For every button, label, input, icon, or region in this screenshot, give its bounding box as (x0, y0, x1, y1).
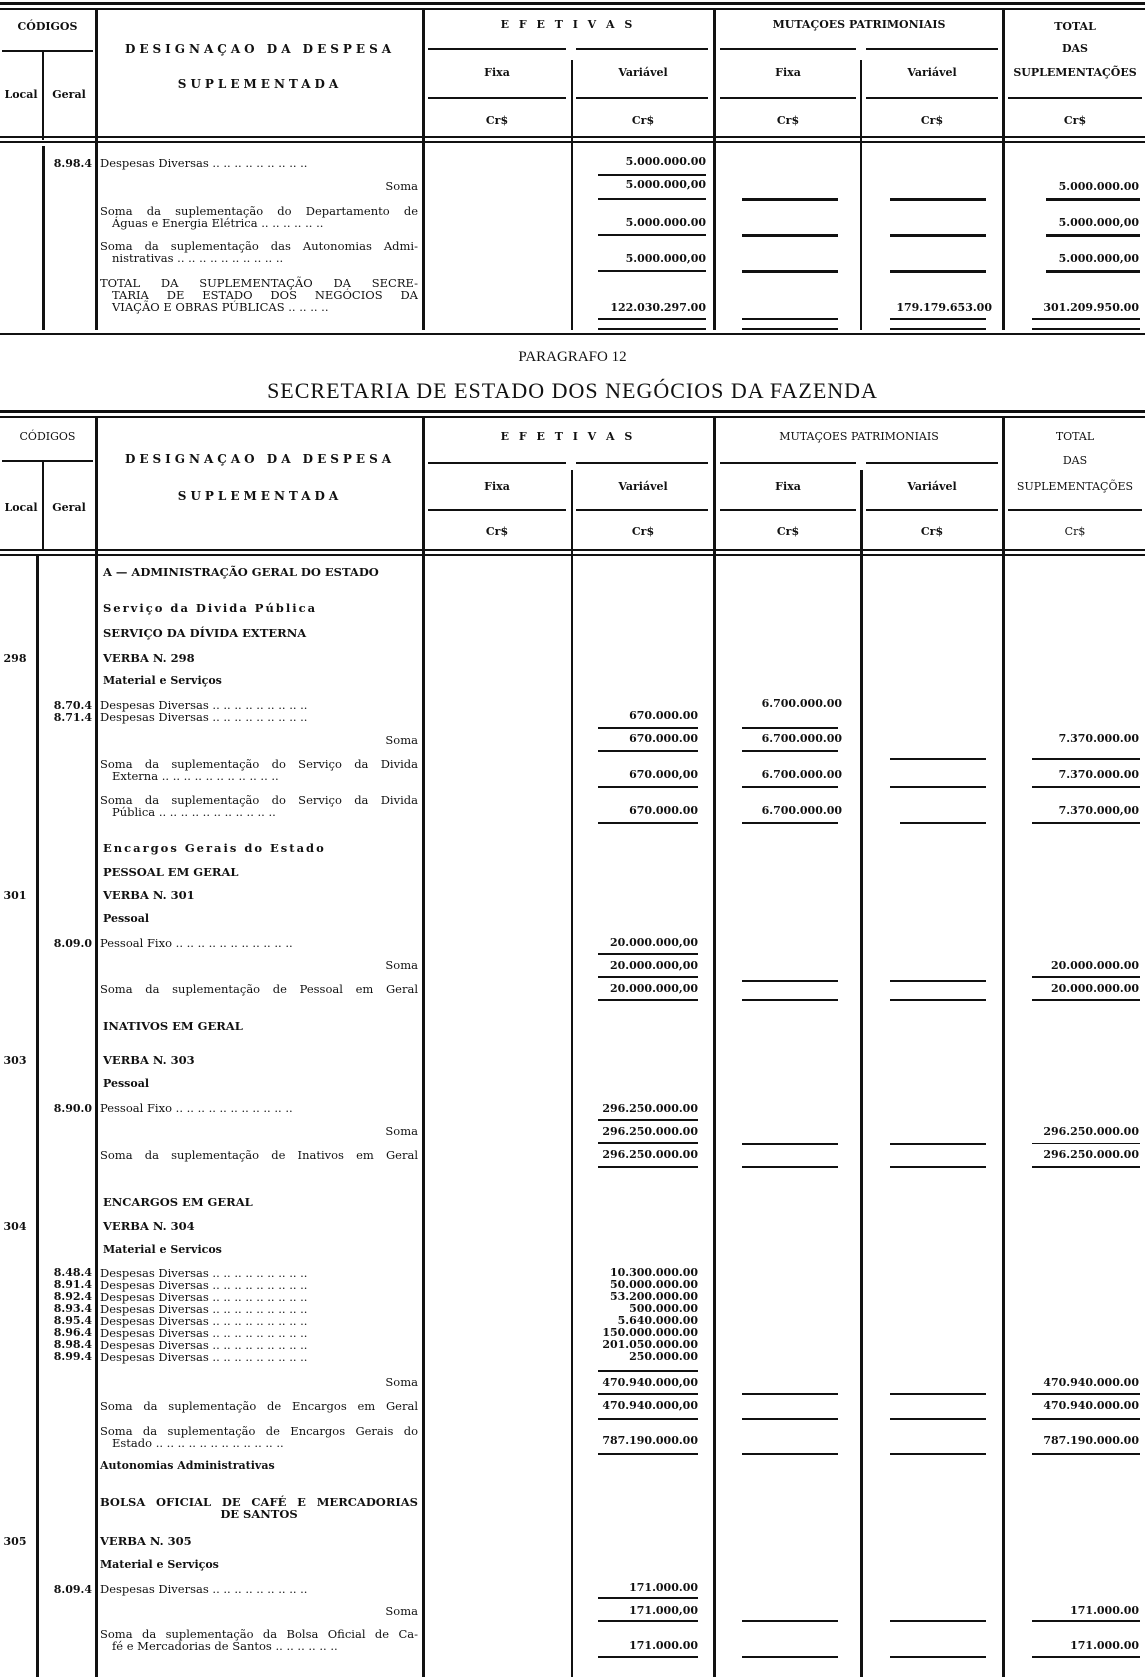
underline (598, 1393, 698, 1395)
header-fixa: Fixa (716, 66, 860, 79)
underline (1032, 1143, 1140, 1144)
ef-var-value: 5.000.000.00 (574, 216, 706, 229)
col-divider (1002, 10, 1005, 330)
ef-var-value: 670.000.00 (574, 732, 698, 745)
underline (742, 1166, 838, 1168)
section-inativos: INATIVOS EM GERAL (103, 1020, 243, 1032)
header-local: Local (0, 501, 42, 514)
total-value: 787.190.000.00 (1005, 1434, 1139, 1447)
underline (890, 758, 986, 760)
underline (1032, 786, 1140, 788)
underline (1032, 1166, 1140, 1168)
mut-fixa-value: 6.700.000.00 (716, 804, 842, 817)
header-currency: Cr$ (862, 114, 1002, 127)
total-value: 296.250.000.00 (1005, 1148, 1139, 1161)
header-suplementacoes: SUPLEMENTAÇÕES (1005, 480, 1145, 493)
underline (890, 234, 986, 237)
underline (1032, 822, 1140, 824)
underline (598, 1370, 698, 1372)
header-fixa: Fixa (424, 66, 570, 79)
underline (598, 234, 706, 236)
rule (428, 462, 566, 464)
verba-local-code: 301 (0, 889, 30, 902)
underline (890, 1418, 986, 1420)
underline (890, 980, 986, 982)
ef-var-value: 20.000.000,00 (574, 936, 698, 949)
verba-label: VERBA N. 304 (103, 1220, 195, 1232)
mut-var-value: 179.179.653.00 (862, 301, 992, 314)
underline (598, 999, 698, 1001)
header-suplementacoes: SUPLEMENTAÇÕES (1005, 66, 1145, 79)
header-currency: Cr$ (716, 114, 860, 127)
header-efetivas: E F E T I V A S (424, 430, 712, 443)
rule (428, 509, 566, 511)
ef-var-value: 5.000.000,00 (574, 178, 706, 191)
verba-local-code: 303 (0, 1054, 30, 1067)
underline (1032, 1656, 1140, 1658)
underline (1046, 270, 1140, 273)
underline (1032, 976, 1140, 978)
code-geral: 8.71.4 (40, 711, 92, 724)
underline (598, 1142, 698, 1144)
underline (598, 198, 706, 200)
rule (1008, 97, 1142, 99)
ef-var-value: 5.000.000,00 (574, 252, 706, 265)
rule (576, 509, 708, 511)
col-divider (95, 10, 98, 330)
section-encargos-gerais: Encargos Gerais do Estado (103, 842, 326, 854)
group-material: Material e Serviços (103, 675, 222, 687)
total-value: 5.000.000,00 (1005, 216, 1139, 229)
total-value: 20.000.000.00 (1005, 982, 1139, 995)
header-currency: Cr$ (574, 525, 712, 538)
rule-top-2 (0, 416, 1145, 418)
header-currency: Cr$ (1005, 525, 1145, 538)
header-currency: Cr$ (862, 525, 1002, 538)
row-label: Soma da suplementação de Encargos em Ger… (100, 1400, 418, 1412)
col-divider (860, 470, 863, 1677)
underline (1032, 1418, 1140, 1420)
ef-var-value: 670.000.00 (574, 709, 698, 722)
rule-header-bottom (0, 136, 1145, 138)
underline (742, 999, 838, 1001)
row-label-cont: fé e Mercadorias de Santos .. .. .. .. .… (112, 1640, 418, 1652)
col-divider (422, 418, 425, 1677)
rule (866, 97, 998, 99)
underline (742, 750, 838, 752)
header-variavel: Variável (574, 480, 712, 493)
underline (742, 822, 838, 824)
underline (598, 750, 698, 752)
underline (890, 198, 986, 201)
rule (576, 97, 708, 99)
verba-local-code: 304 (0, 1220, 30, 1233)
row-label: Despesas Diversas .. .. .. .. .. .. .. .… (100, 1351, 307, 1363)
rule (2, 50, 93, 52)
rule (866, 462, 998, 464)
ef-var-value: 296.250.000.00 (574, 1148, 698, 1161)
underline (1032, 318, 1140, 320)
row-label-soma: Soma (100, 1125, 418, 1137)
ef-var-value: 470.940.000,00 (574, 1399, 698, 1412)
paragraph-number: PARAGRAFO 12 (0, 349, 1145, 366)
underline (1032, 1393, 1140, 1395)
underline (742, 328, 838, 330)
underline (598, 1656, 698, 1658)
verba-local-code: 298 (0, 652, 30, 665)
mut-fixa-value: 6.700.000.00 (716, 768, 842, 781)
row-label: Despesas Diversas .. .. .. .. .. .. .. .… (100, 711, 418, 723)
header-currency: Cr$ (1005, 114, 1145, 127)
row-label-soma: Soma (100, 1376, 418, 1388)
row-label-cont: Águas e Energia Elétrica .. .. .. .. .. … (112, 217, 418, 229)
underline (742, 234, 838, 237)
rule (576, 48, 708, 50)
underline (598, 1166, 698, 1168)
underline (742, 786, 838, 788)
header-fixa: Fixa (424, 480, 570, 493)
row-label-cont: nistrativas .. .. .. .. .. .. .. .. .. .… (112, 252, 418, 264)
ef-var-value: 171.000.00 (574, 1581, 698, 1594)
underline (598, 1418, 698, 1420)
group-material: Material e Serviços (100, 1559, 219, 1571)
rule (2, 460, 93, 462)
total-value: 5.000.000,00 (1005, 252, 1139, 265)
rule-top (0, 410, 1145, 413)
header-currency: Cr$ (574, 114, 712, 127)
header-das: DAS (1005, 454, 1145, 467)
code-geral: 8.99.4 (40, 1351, 92, 1363)
row-label-cont: Pública .. .. .. .. .. .. .. .. .. .. .. (112, 806, 418, 818)
total-value: 5.000.000.00 (1005, 180, 1139, 193)
underline (598, 174, 706, 176)
underline (598, 1620, 698, 1622)
col-divider (571, 470, 573, 1677)
ef-var-value: 296.250.000.00 (574, 1125, 698, 1138)
underline (890, 270, 986, 273)
row-label-soma: Soma (100, 734, 418, 746)
section-servico-divida: Serviço da Divida Pública (103, 602, 317, 614)
rule (428, 48, 566, 50)
code-geral: 8.90.0 (40, 1102, 92, 1115)
mut-fixa-value: 6.700.000.00 (716, 697, 842, 710)
col-divider (1002, 418, 1005, 1677)
rule (866, 48, 998, 50)
underline (598, 328, 706, 330)
underline (598, 1597, 698, 1599)
underline (742, 198, 838, 201)
row-label-soma: Soma (100, 1605, 418, 1617)
underline (742, 1453, 838, 1455)
rule-top (0, 2, 1145, 5)
row-label-soma: Soma (100, 959, 418, 971)
ef-var-value: 171.000,00 (574, 1604, 698, 1617)
rule (1008, 509, 1142, 511)
group-pessoal: Pessoal (103, 1078, 149, 1090)
ef-var-value: 171.000.00 (574, 1639, 698, 1652)
header-geral: Geral (44, 501, 94, 514)
rule (720, 462, 856, 464)
ef-var-value: 250.000.00 (629, 1351, 698, 1363)
row-label: Pessoal Fixo .. .. .. .. .. .. .. .. .. … (100, 1102, 418, 1114)
section-servico-externa: SERVIÇO DA DÍVIDA EXTERNA (103, 627, 306, 639)
header-efetivas: E F E T I V A S (424, 18, 712, 31)
verba-label: VERBA N. 298 (103, 652, 195, 664)
total-value: 7.370.000,00 (1005, 804, 1139, 817)
section-pessoal-geral: PESSOAL EM GERAL (103, 866, 238, 878)
underline (1032, 999, 1140, 1001)
rule (720, 509, 856, 511)
underline (742, 980, 838, 982)
ef-var-value: 670.000,00 (574, 768, 698, 781)
header-local: Local (0, 88, 42, 101)
underline (1046, 198, 1140, 201)
header-mutacoes: MUTAÇOES PATRIMONIAIS (716, 18, 1002, 31)
total-value: 470.940.000.00 (1005, 1399, 1139, 1412)
underline (890, 1656, 986, 1658)
underline (890, 1453, 986, 1455)
code-geral: 8.09.4 (40, 1583, 92, 1596)
rule (576, 462, 708, 464)
underline (1032, 758, 1140, 760)
underline (890, 1143, 986, 1145)
underline (742, 1143, 838, 1145)
ef-var-value: 787.190.000.00 (574, 1434, 698, 1447)
row-label: Soma da suplementação de Pessoal em Gera… (100, 983, 418, 995)
group-material: Material e Servicos (103, 1244, 222, 1256)
verba-label: VERBA N. 301 (103, 889, 195, 901)
header-variavel: Variável (862, 480, 1002, 493)
section-admin-geral: A — ADMINISTRAÇÃO GERAL DO ESTADO (103, 566, 379, 578)
col-divider (36, 556, 39, 1677)
col-divider (713, 418, 716, 1677)
col-divider (713, 10, 716, 330)
row-label-cont: Externa .. .. .. .. .. .. .. .. .. .. .. (112, 770, 418, 782)
ef-var-value: 20.000.000,00 (574, 959, 698, 972)
underline (598, 727, 698, 729)
underline (742, 727, 838, 729)
header-codigos: CÓDIGOS (0, 20, 95, 33)
ef-var-value: 20.000.000,00 (574, 982, 698, 995)
code-geral: 8.98.4 (46, 157, 92, 170)
rule (428, 97, 566, 99)
mut-fixa-value: 6.700.000.00 (716, 732, 842, 745)
underline (598, 1119, 698, 1121)
underline (598, 786, 698, 788)
underline (742, 1418, 838, 1420)
underline (598, 822, 698, 824)
rule-header-bottom-2 (0, 554, 1145, 556)
ef-var-value: 470.940.000,00 (574, 1376, 698, 1389)
underline (1032, 1453, 1140, 1455)
underline (598, 1453, 698, 1455)
rule-top-2 (0, 8, 1145, 10)
total-value: 296.250.000.00 (1005, 1125, 1139, 1138)
total-value: 7.370.000.00 (1005, 768, 1139, 781)
underline (900, 822, 986, 824)
col-divider (571, 60, 573, 330)
total-value: 171.000.00 (1005, 1639, 1139, 1652)
header-codigos: CÓDIGOS (0, 430, 95, 443)
section-bolsa-cont: DE SANTOS (100, 1508, 418, 1520)
underline (1032, 1620, 1140, 1622)
underline (742, 270, 838, 273)
ef-var-value: 122.030.297.00 (574, 301, 706, 314)
rule-table-end (0, 333, 1145, 335)
row-label-cont: Estado .. .. .. .. .. .. .. .. .. .. .. … (112, 1437, 418, 1449)
header-mutacoes: MUTAÇOES PATRIMONIAIS (716, 430, 1002, 443)
rule (866, 509, 998, 511)
header-variavel: Variável (574, 66, 712, 79)
col-divider (95, 418, 98, 1677)
ef-var-value: 5.000.000.00 (574, 155, 706, 168)
ef-var-value: 296.250.000.00 (574, 1102, 698, 1115)
header-total: TOTAL (1005, 430, 1145, 443)
header-das: DAS (1005, 42, 1145, 55)
header-designacao: DESIGNAÇAO DA DESPESA (100, 452, 420, 466)
underline (890, 1393, 986, 1395)
underline (890, 786, 986, 788)
underline (598, 953, 698, 955)
col-divider (42, 146, 45, 330)
header-variavel: Variável (862, 66, 1002, 79)
verba-label: VERBA N. 305 (100, 1535, 192, 1547)
header-currency: Cr$ (424, 114, 570, 127)
underline (742, 1393, 838, 1395)
rule-header-bottom-2 (0, 141, 1145, 143)
header-geral: Geral (44, 88, 94, 101)
total-value: 7.370.000.00 (1005, 732, 1139, 745)
section-encargos-geral: ENCARGOS EM GERAL (103, 1196, 253, 1208)
header-designacao: DESIGNAÇAO DA DESPESA (100, 42, 420, 56)
underline (598, 318, 706, 320)
col-divider (422, 10, 425, 330)
row-label-soma: Soma (100, 180, 418, 192)
header-fixa: Fixa (716, 480, 860, 493)
underline (890, 1620, 986, 1622)
underline (742, 1620, 838, 1622)
group-pessoal: Pessoal (103, 913, 149, 925)
section-autonomias: Autonomias Administrativas (100, 1460, 275, 1472)
rule (720, 97, 856, 99)
underline (598, 976, 698, 978)
header-total: TOTAL (1005, 20, 1145, 33)
total-value: 470.940.000.00 (1005, 1376, 1139, 1389)
total-value: 301.209.950.00 (1005, 301, 1139, 314)
underline (890, 1166, 986, 1168)
underline (890, 318, 986, 320)
verba-label: VERBA N. 303 (103, 1054, 195, 1066)
row-label: Pessoal Fixo .. .. .. .. .. .. .. .. .. … (100, 937, 418, 949)
ef-var-value: 670.000.00 (574, 804, 698, 817)
row-label: Despesas Diversas .. .. .. .. .. .. .. .… (100, 1583, 418, 1595)
header-currency: Cr$ (424, 525, 570, 538)
underline (598, 270, 706, 272)
total-value: 20.000.000.00 (1005, 959, 1139, 972)
header-suplementada: SUPLEMENTADA (100, 489, 420, 503)
secretaria-title: SECRETARIA DE ESTADO DOS NEGÓCIOS DA FAZ… (0, 378, 1145, 404)
underline (1046, 234, 1140, 237)
underline (742, 318, 838, 320)
rule (720, 48, 856, 50)
rule-header-bottom (0, 549, 1145, 551)
verba-local-code: 305 (0, 1535, 30, 1548)
code-geral: 8.09.0 (40, 937, 92, 950)
row-label: Soma da suplementação de Inativos em Ger… (100, 1149, 418, 1161)
total-value: 171.000.00 (1005, 1604, 1139, 1617)
underline (742, 1656, 838, 1658)
header-suplementada: SUPLEMENTADA (100, 77, 420, 91)
underline (890, 999, 986, 1001)
underline (890, 328, 986, 330)
underline (1032, 328, 1140, 330)
row-label-total-cont: VIAÇÃO E OBRAS PÚBLICAS .. .. .. .. (112, 301, 418, 313)
header-currency: Cr$ (716, 525, 860, 538)
col-divider (860, 60, 862, 330)
row-label: Despesas Diversas .. .. .. .. .. .. .. .… (100, 157, 418, 169)
